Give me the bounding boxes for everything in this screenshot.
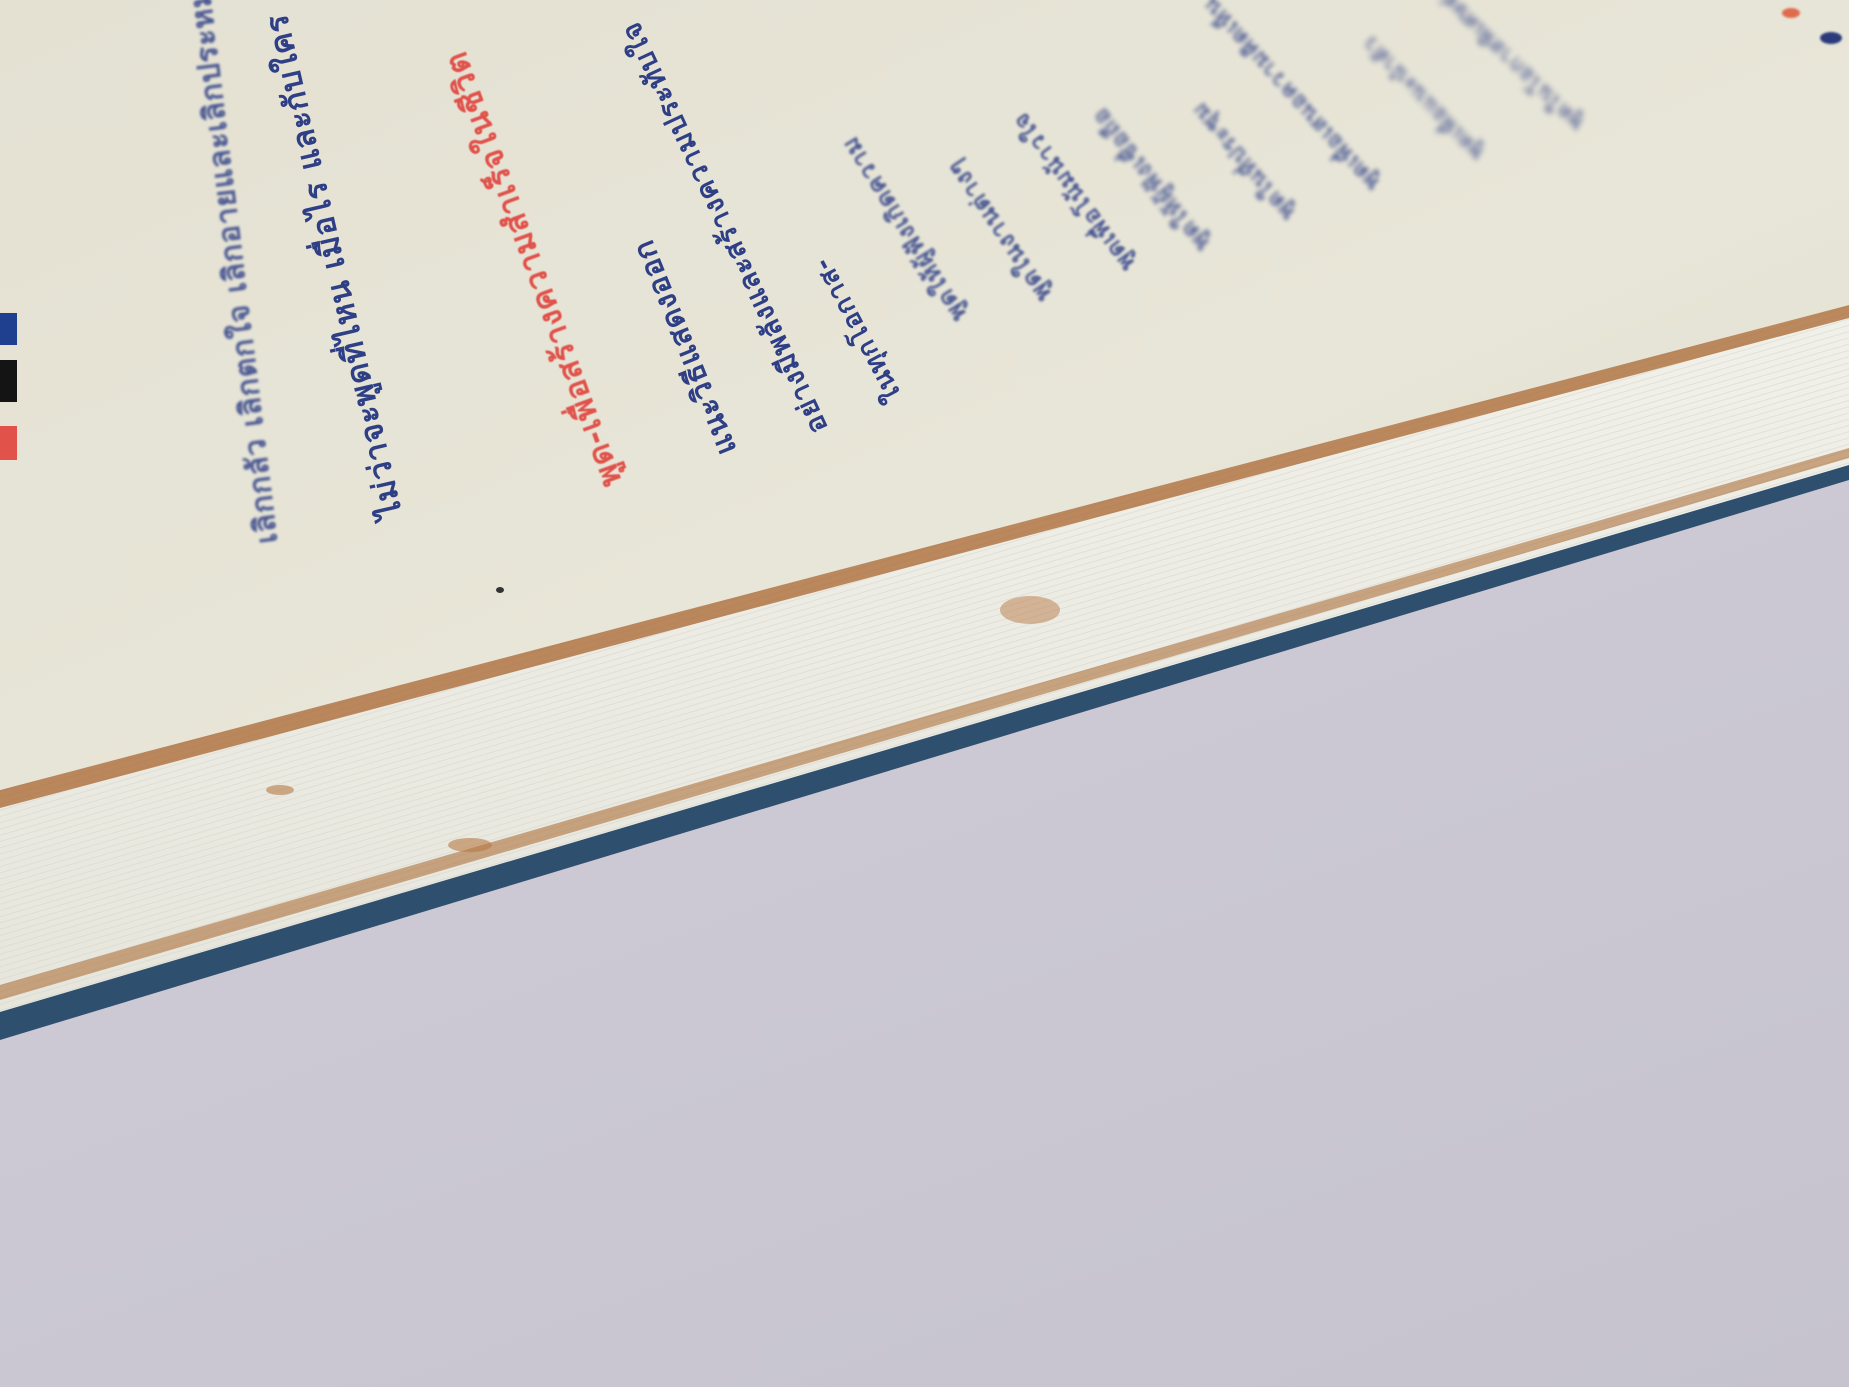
color-bar-red — [0, 426, 17, 460]
book-shape — [0, 0, 1849, 1387]
color-bar-black — [0, 360, 17, 402]
book-photo: เลิกกลัว เลิกตกใจ เลิกอายและเลิกประหม่าเ… — [0, 0, 1849, 1387]
color-bar-blue — [0, 313, 17, 345]
blue-dot — [1820, 32, 1842, 44]
red-dot — [1782, 8, 1800, 18]
